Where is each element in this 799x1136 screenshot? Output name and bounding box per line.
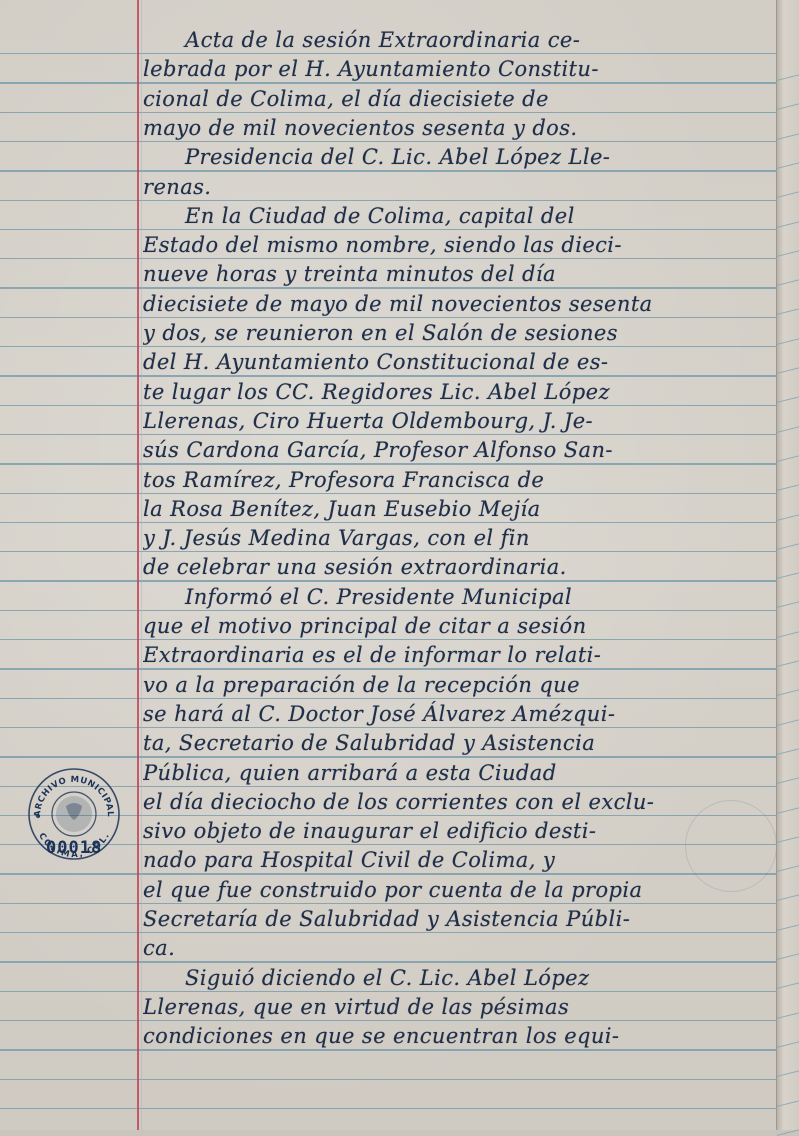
handwritten-line: renas. bbox=[143, 173, 768, 202]
handwritten-line: de celebrar una sesión extraordinaria. bbox=[143, 553, 768, 582]
underlying-ruled-line bbox=[777, 103, 799, 110]
handwritten-line: Pública, quien arribará a esta Ciudad bbox=[143, 759, 768, 788]
handwritten-line: sús Cardona García, Profesor Alfonso San… bbox=[143, 436, 768, 465]
underlying-ruled-line bbox=[777, 777, 799, 784]
handwritten-line: Presidencia del C. Lic. Abel López Lle- bbox=[143, 143, 768, 172]
handwritten-line: el que fue construido por cuenta de la p… bbox=[143, 876, 768, 905]
underlying-ruled-line bbox=[777, 514, 799, 521]
handwritten-line: Acta de la sesión Extraordinaria ce- bbox=[143, 26, 768, 55]
handwritten-line: Llerenas, Ciro Huerta Oldembourg, J. Je- bbox=[143, 407, 768, 436]
red-margin-line bbox=[137, 0, 139, 1130]
underlying-page-edge bbox=[776, 0, 799, 1130]
underlying-ruled-line bbox=[777, 133, 799, 140]
handwritten-line: Siguió diciendo el C. Lic. Abel López bbox=[143, 964, 768, 993]
handwritten-line: la Rosa Benítez, Juan Eusebio Mejía bbox=[143, 495, 768, 524]
handwritten-line: el día dieciocho de los corrientes con e… bbox=[143, 788, 768, 817]
faded-stamp-impression bbox=[685, 800, 777, 892]
handwritten-line: se hará al C. Doctor José Álvarez Amézqu… bbox=[143, 700, 768, 729]
handwritten-line: ta, Secretario de Salubridad y Asistenci… bbox=[143, 729, 768, 758]
underlying-ruled-line bbox=[777, 484, 799, 491]
underlying-ruled-line bbox=[777, 924, 799, 931]
underlying-ruled-line bbox=[777, 1012, 799, 1019]
handwritten-line: Extraordinaria es el de informar lo rela… bbox=[143, 641, 768, 670]
underlying-ruled-line bbox=[777, 572, 799, 579]
underlying-ruled-line bbox=[777, 660, 799, 667]
underlying-ruled-line bbox=[777, 953, 799, 960]
handwritten-line: y J. Jesús Medina Vargas, con el fin bbox=[143, 524, 768, 553]
underlying-ruled-line bbox=[777, 836, 799, 843]
underlying-ruled-line bbox=[777, 338, 799, 345]
underlying-ruled-line bbox=[777, 455, 799, 462]
underlying-ruled-line bbox=[777, 982, 799, 989]
underlying-ruled-line bbox=[777, 719, 799, 726]
handwritten-line: te lugar los CC. Regidores Lic. Abel Lóp… bbox=[143, 378, 768, 407]
handwritten-line: Llerenas, que en virtud de las pésimas bbox=[143, 993, 768, 1022]
handwritten-line: vo a la preparación de la recepción que bbox=[143, 671, 768, 700]
handwritten-line: diecisiete de mayo de mil novecientos se… bbox=[143, 290, 768, 319]
handwritten-line: Secretaría de Salubridad y Asistencia Pú… bbox=[143, 905, 768, 934]
handwritten-line: y dos, se reunieron en el Salón de sesio… bbox=[143, 319, 768, 348]
underlying-ruled-line bbox=[777, 396, 799, 403]
underlying-ruled-line bbox=[777, 631, 799, 638]
handwritten-line: nado para Hospital Civil de Colima, y bbox=[143, 846, 768, 875]
underlying-ruled-line bbox=[777, 426, 799, 433]
handwritten-line: Informó el C. Presidente Municipal bbox=[143, 583, 768, 612]
underlying-ruled-line bbox=[777, 865, 799, 872]
underlying-ruled-line bbox=[777, 602, 799, 609]
handwritten-line: ca. bbox=[143, 934, 768, 963]
underlying-ruled-line bbox=[777, 543, 799, 550]
underlying-ruled-line bbox=[777, 162, 799, 169]
underlying-ruled-line bbox=[777, 279, 799, 286]
handwritten-line: lebrada por el H. Ayuntamiento Constitu- bbox=[143, 55, 768, 84]
handwritten-line: que el motivo principal de citar a sesió… bbox=[143, 612, 768, 641]
underlying-ruled-line bbox=[777, 367, 799, 374]
handwritten-line: En la Ciudad de Colima, capital del bbox=[143, 202, 768, 231]
handwritten-line: condiciones en que se encuentran los equ… bbox=[143, 1022, 768, 1051]
underlying-ruled-line bbox=[777, 1041, 799, 1048]
underlying-ruled-line bbox=[777, 309, 799, 316]
underlying-ruled-line bbox=[777, 1100, 799, 1107]
handwritten-line: sivo objeto de inaugurar el edificio des… bbox=[143, 817, 768, 846]
underlying-ruled-line bbox=[777, 895, 799, 902]
underlying-ruled-line bbox=[777, 748, 799, 755]
underlying-ruled-line bbox=[777, 807, 799, 814]
folio-number: 00018 bbox=[46, 838, 116, 858]
handwritten-line: Estado del mismo nombre, siendo las diec… bbox=[143, 231, 768, 260]
underlying-ruled-line bbox=[777, 1070, 799, 1077]
underlying-ruled-line bbox=[777, 250, 799, 257]
handwritten-text-body: Acta de la sesión Extraordinaria ce-lebr… bbox=[143, 0, 768, 1130]
underlying-ruled-line bbox=[777, 689, 799, 696]
underlying-ruled-line bbox=[777, 221, 799, 228]
margin-guide-line bbox=[141, 0, 142, 1130]
handwritten-line: cional de Colima, el día diecisiete de bbox=[143, 85, 768, 114]
handwritten-line: mayo de mil novecientos sesenta y dos. bbox=[143, 114, 768, 143]
handwritten-line: nueve horas y treinta minutos del día bbox=[143, 260, 768, 289]
underlying-ruled-line bbox=[777, 191, 799, 198]
ledger-page: Acta de la sesión Extraordinaria ce-lebr… bbox=[0, 0, 778, 1130]
handwritten-line: del H. Ayuntamiento Constitucional de es… bbox=[143, 348, 768, 377]
handwritten-line: tos Ramírez, Profesora Francisca de bbox=[143, 466, 768, 495]
underlying-ruled-line bbox=[777, 74, 799, 81]
